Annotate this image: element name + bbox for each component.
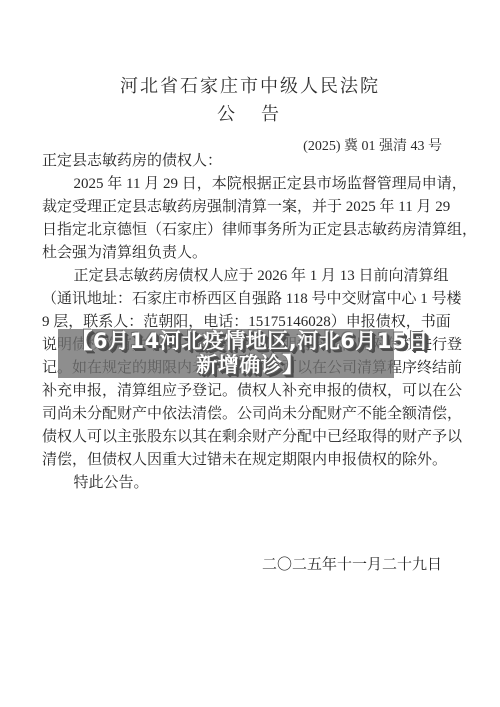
body-line: 债权人可以主张股东以其在剩余财产分配中已经取得的财产予以: [42, 426, 456, 449]
notice-date: 二〇二五年十一月二十九日: [0, 553, 500, 574]
notice-title: 公 告: [0, 100, 500, 126]
court-notice-page: 河北省石家庄市中级人民法院 公 告 (2025) 冀 01 强清 43 号 正定…: [0, 0, 500, 707]
body-line: 特此公告。: [42, 472, 456, 495]
body-line: 日指定北京德恒（石家庄）律师事务所为正定县志敏药房清算组，: [42, 219, 456, 242]
body-line: （通讯地址：石家庄市桥西区自强路 118 号中交财富中心 1 号楼: [42, 288, 456, 311]
caption-line-1: 【6月14河北疫情地区,河北6月15日: [0, 329, 500, 353]
notice-body: 正定县志敏药房的债权人： 2025 年 11 月 29 日，本院根据正定县市场监…: [42, 150, 456, 495]
body-line: 杜会强为清算组负责人。: [42, 242, 456, 265]
body-line: 裁定受理正定县志敏药房强制清算一案，并于 2025 年 11 月 29: [42, 196, 456, 219]
body-line: 2025 年 11 月 29 日，本院根据正定县市场监督管理局申请，: [42, 173, 456, 196]
caption-line-2: 新增确诊】: [0, 353, 500, 377]
court-title: 河北省石家庄市中级人民法院: [0, 72, 500, 98]
caption-overlay-title: 【6月14河北疫情地区,河北6月15日 新增确诊】: [0, 329, 500, 377]
body-line: 清偿，但债权人因重大过错未在规定期限内申报债权的除外。: [42, 449, 456, 472]
body-line: 补充申报，清算组应予登记。债权人补充申报的债权，可以在公: [42, 380, 456, 403]
body-line: 正定县志敏药房的债权人：: [42, 150, 456, 173]
body-line: 正定县志敏药房债权人应于 2026 年 1 月 13 日前向清算组: [42, 265, 456, 288]
body-line: 司尚未分配财产中依法清偿。公司尚未分配财产不能全额清偿，: [42, 403, 456, 426]
